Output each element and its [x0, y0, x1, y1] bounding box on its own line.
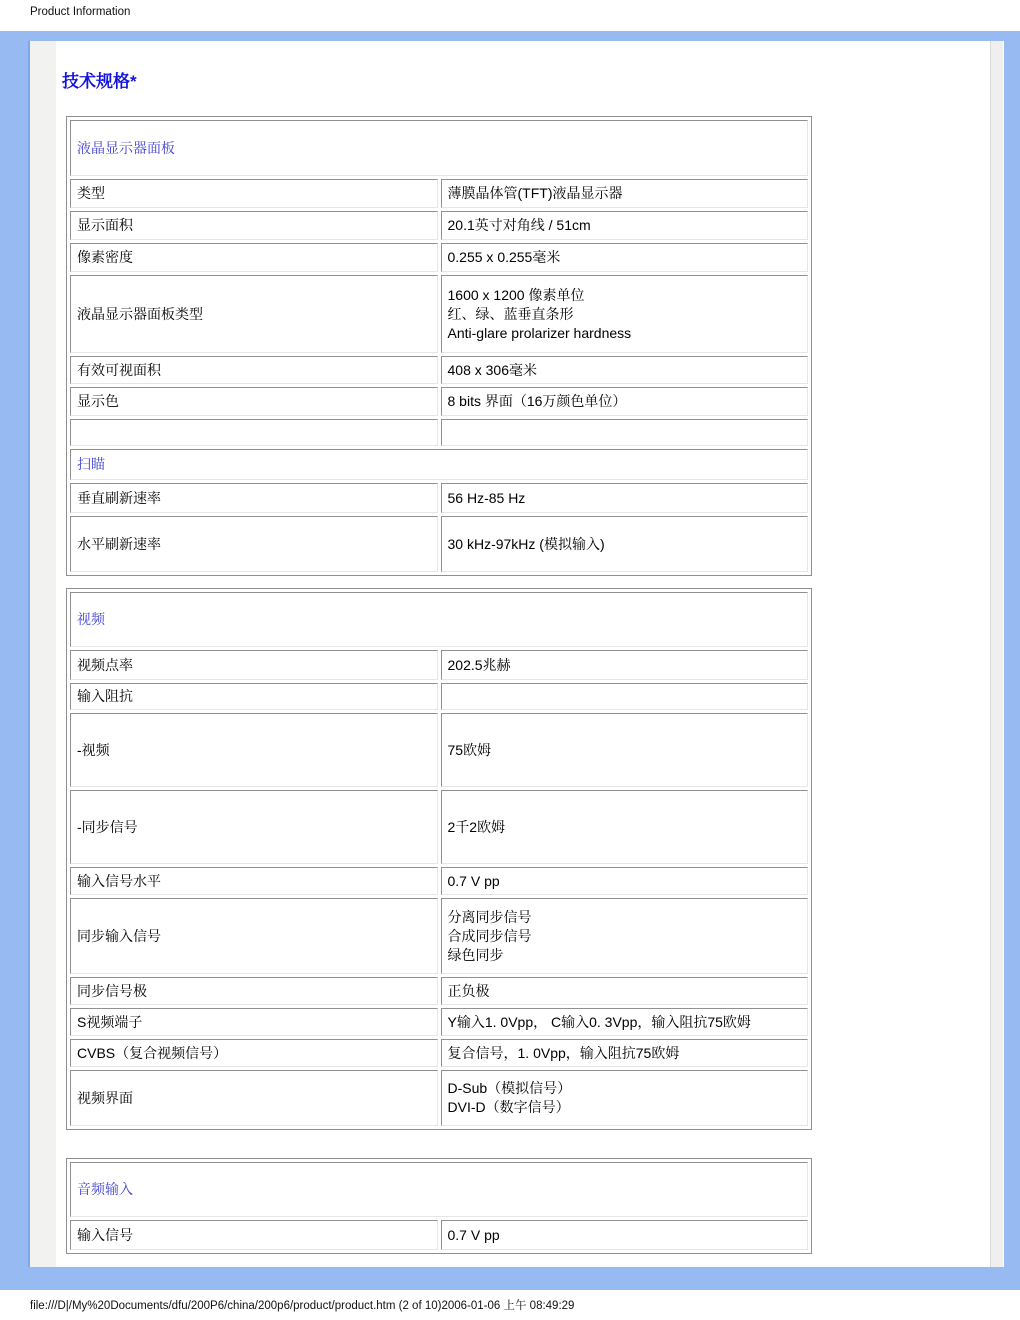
section-heading: 视频: [70, 592, 808, 647]
spec-row: 输入信号水平0.7 V pp: [70, 867, 808, 895]
bottom-frame-bar: [0, 1267, 1020, 1290]
spec-row: 同步信号极正负极: [70, 977, 808, 1005]
spec-row: 显示色8 bits 界面（16万颜色单位）: [70, 387, 808, 416]
spec-label-cell: 垂直刷新速率: [70, 483, 438, 513]
spec-row: 输入阻抗: [70, 683, 808, 710]
spec-value-cell: 30 kHz-97kHz (模拟输入): [441, 516, 809, 572]
spec-label-cell: -同步信号: [70, 790, 438, 864]
spec-row: 水平刷新速率30 kHz-97kHz (模拟输入): [70, 516, 808, 572]
spec-value-cell: 2千2欧姆: [441, 790, 809, 864]
spec-label-cell: 输入阻抗: [70, 683, 438, 710]
spec-row: 垂直刷新速率56 Hz-85 Hz: [70, 483, 808, 513]
section-heading: 液晶显示器面板: [70, 120, 808, 176]
spec-value-cell: 0.255 x 0.255毫米: [441, 243, 809, 272]
spec-row: 输入信号0.7 V pp: [70, 1220, 808, 1250]
page-header-label: Product Information: [30, 6, 130, 18]
spec-label-cell: 视频点率: [70, 650, 438, 680]
spec-label-cell: 同步信号极: [70, 977, 438, 1005]
spec-label-cell: CVBS（复合视频信号）: [70, 1039, 438, 1067]
right-frame-strip: [1004, 41, 1020, 1267]
tables-container: 液晶显示器面板类型薄膜晶体管(TFT)液晶显示器显示面积20.1英寸对角线 / …: [57, 116, 990, 1254]
spec-value-cell: 1600 x 1200 像素单位 红、绿、蓝垂直条形 Anti-glare pr…: [441, 275, 809, 353]
spec-value-cell: Y输入1. 0Vpp， C输入0. 3Vpp，输入阻抗75欧姆: [441, 1008, 809, 1036]
spec-value-cell: 复合信号，1. 0Vpp，输入阻抗75欧姆: [441, 1039, 809, 1067]
spec-row: 视频点率202.5兆赫: [70, 650, 808, 680]
spec-row: CVBS（复合视频信号）复合信号，1. 0Vpp，输入阻抗75欧姆: [70, 1039, 808, 1067]
spec-label-cell: S视频端子: [70, 1008, 438, 1036]
spec-table: 液晶显示器面板类型薄膜晶体管(TFT)液晶显示器显示面积20.1英寸对角线 / …: [66, 116, 812, 576]
spec-value-cell: 0.7 V pp: [441, 1220, 809, 1250]
spec-table: 音频输入输入信号0.7 V pp: [66, 1158, 812, 1254]
document-page: Product Information file:///D|/My%20Docu…: [0, 0, 1020, 1320]
spec-row: 同步输入信号分离同步信号 合成同步信号 绿色同步: [70, 898, 808, 974]
spec-value-cell: [441, 419, 809, 446]
spec-value-cell: 75欧姆: [441, 713, 809, 787]
spec-value-cell: 56 Hz-85 Hz: [441, 483, 809, 513]
spec-value-cell: 正负极: [441, 977, 809, 1005]
top-frame-bar: [0, 31, 1020, 41]
spec-row: 视频界面D-Sub（模拟信号） DVI-D（数字信号）: [70, 1070, 808, 1126]
spec-label-cell: 同步输入信号: [70, 898, 438, 974]
spec-value-cell: 20.1英寸对角线 / 51cm: [441, 211, 809, 240]
spec-row: -同步信号2千2欧姆: [70, 790, 808, 864]
spec-label-cell: 类型: [70, 179, 438, 208]
left-frame-strip: [0, 41, 30, 1267]
spec-row: 有效可视面积408 x 306毫米: [70, 356, 808, 384]
section-header-row: 液晶显示器面板: [70, 120, 808, 176]
spec-label-cell: 输入信号: [70, 1220, 438, 1250]
left-gutter: [30, 41, 57, 1267]
spec-row: S视频端子Y输入1. 0Vpp， C输入0. 3Vpp，输入阻抗75欧姆: [70, 1008, 808, 1036]
section-heading: 扫瞄: [70, 449, 808, 480]
spec-label-cell: 输入信号水平: [70, 867, 438, 895]
spec-value-cell: 202.5兆赫: [441, 650, 809, 680]
spec-value-cell: D-Sub（模拟信号） DVI-D（数字信号）: [441, 1070, 809, 1126]
spec-value-cell: 分离同步信号 合成同步信号 绿色同步: [441, 898, 809, 974]
content-area: 技术规格* 液晶显示器面板类型薄膜晶体管(TFT)液晶显示器显示面积20.1英寸…: [57, 41, 990, 1267]
spec-row: 类型薄膜晶体管(TFT)液晶显示器: [70, 179, 808, 208]
spec-label-cell: 有效可视面积: [70, 356, 438, 384]
section-heading: 音频输入: [70, 1162, 808, 1217]
spec-row: 显示面积20.1英寸对角线 / 51cm: [70, 211, 808, 240]
section-header-row: 视频: [70, 592, 808, 647]
spec-label-cell: 显示色: [70, 387, 438, 416]
file-path-footer: file:///D|/My%20Documents/dfu/200P6/chin…: [30, 1297, 574, 1313]
spec-value-cell: [441, 683, 809, 710]
spec-label-cell: [70, 419, 438, 446]
spec-label-cell: 视频界面: [70, 1070, 438, 1126]
page-title: 技术规格*: [62, 67, 990, 92]
section-header-row: 扫瞄: [70, 449, 808, 480]
spec-table: 视频视频点率202.5兆赫输入阻抗-视频75欧姆-同步信号2千2欧姆输入信号水平…: [66, 588, 812, 1130]
spec-row: 液晶显示器面板类型1600 x 1200 像素单位 红、绿、蓝垂直条形 Anti…: [70, 275, 808, 353]
spec-value-cell: 0.7 V pp: [441, 867, 809, 895]
spec-value-cell: 薄膜晶体管(TFT)液晶显示器: [441, 179, 809, 208]
spec-row: -视频75欧姆: [70, 713, 808, 787]
scrollbar-track[interactable]: [990, 41, 1004, 1267]
spec-value-cell: 8 bits 界面（16万颜色单位）: [441, 387, 809, 416]
spec-label-cell: 液晶显示器面板类型: [70, 275, 438, 353]
spec-label-cell: 显示面积: [70, 211, 438, 240]
spec-label-cell: -视频: [70, 713, 438, 787]
spec-label-cell: 像素密度: [70, 243, 438, 272]
spec-row: 像素密度0.255 x 0.255毫米: [70, 243, 808, 272]
section-header-row: 音频输入: [70, 1162, 808, 1217]
spec-value-cell: 408 x 306毫米: [441, 356, 809, 384]
spec-label-cell: 水平刷新速率: [70, 516, 438, 572]
spec-row: [70, 419, 808, 446]
